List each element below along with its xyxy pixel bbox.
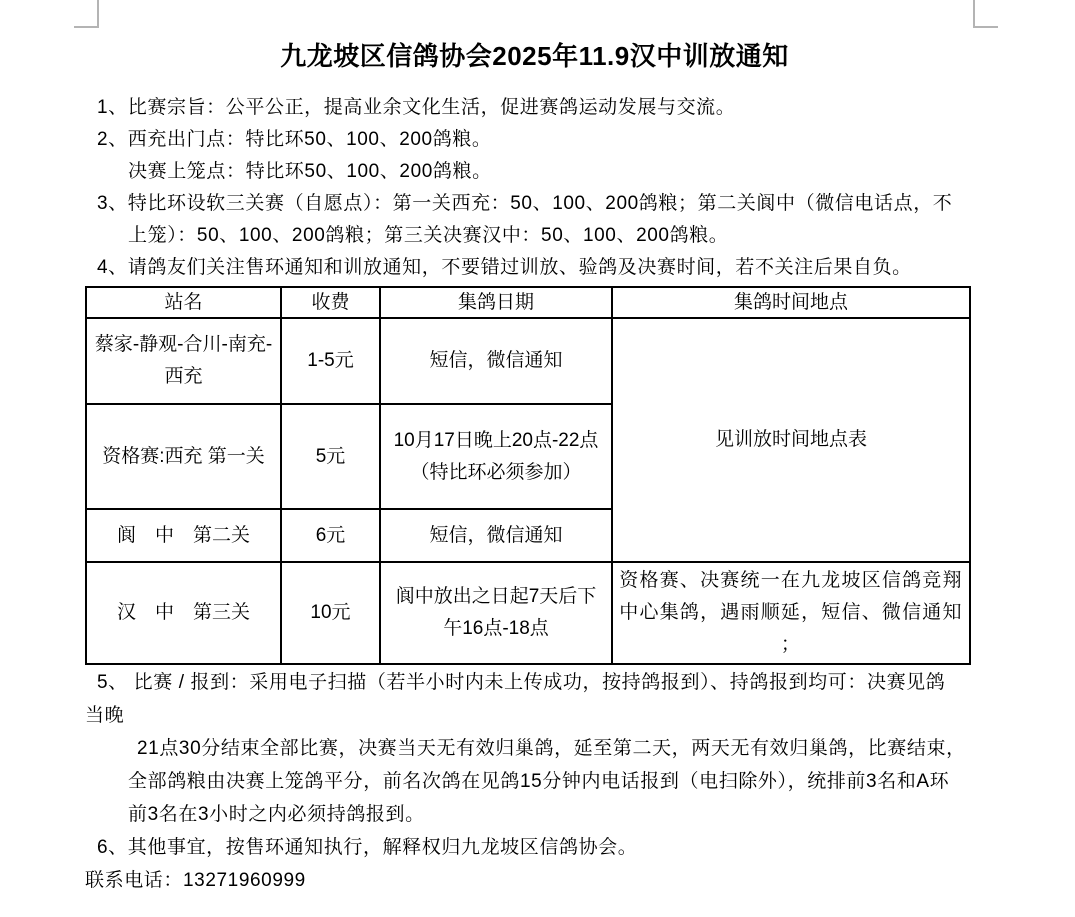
date-cell: 短信，微信通知: [380, 318, 612, 404]
fee-cell: 5元: [281, 404, 380, 509]
col-header-fee: 收费: [281, 287, 380, 318]
col-header-station: 站名: [86, 287, 281, 318]
fee-cell: 1-5元: [281, 318, 380, 404]
notice-line-3: 3、特比环设软三关赛（自愿点）：第一关西充：50、100、200鸽粮；第二关阆中…: [97, 188, 968, 220]
notice-line-5c: 21点30分结束全部比赛，决赛当天无有效归巢鸽，延至第二天，两天无有效归巢鸽，比…: [137, 732, 968, 765]
outro-section: 5、 比赛 / 报到：采用电子扫描（若半小时内未上传成功，按持鸽报到）、持鸽报到…: [85, 666, 968, 897]
table-header-row: 站名 收费 集鸽日期 集鸽时间地点: [86, 287, 970, 318]
notice-line-5: 5、 比赛 / 报到：采用电子扫描（若半小时内未上传成功，按持鸽报到）、持鸽报到…: [97, 666, 968, 699]
station-cell: 阆 中 第二关: [86, 509, 281, 562]
col-header-location: 集鸽时间地点: [612, 287, 970, 318]
date-cell: 阆中放出之日起7天后下 午16点-18点: [380, 562, 612, 664]
station-cell: 汉 中 第三关: [86, 562, 281, 664]
notice-line-6: 6、其他事宜，按售环通知执行，解释权归九龙坡区信鸽协会。: [97, 831, 968, 864]
notice-content: 九龙坡区信鸽协会2025年11.9汉中训放通知 1、比赛宗旨：公平公正，提高业余…: [85, 0, 968, 897]
notice-line-2b: 决赛上笼点：特比环50、100、200鸽粮。: [128, 156, 968, 188]
contact-phone: 联系电话：13271960999: [85, 864, 968, 897]
location-cell-final: 资格赛、决赛统一在九龙坡区信鸽竞翔 中心集鸽，遇雨顺延，短信、微信通知 ；: [612, 562, 970, 664]
col-header-date: 集鸽日期: [380, 287, 612, 318]
station-cell: 资格赛:西充 第一关: [86, 404, 281, 509]
notice-line-1: 1、比赛宗旨：公平公正，提高业余文化生活，促进赛鸽运动发展与交流。: [97, 92, 968, 124]
date-cell: 短信，微信通知: [380, 509, 612, 562]
notice-line-4: 4、请鸽友们关注售环通知和训放通知，不要错过训放、验鸽及决赛时间，若不关注后果自…: [97, 252, 968, 284]
fee-cell: 6元: [281, 509, 380, 562]
notice-line-3b: 上笼）：50、100、200鸽粮；第三关决赛汉中：50、100、200鸽粮。: [128, 220, 968, 252]
station-cell: 蔡家-静观-合川-南充-西充: [86, 318, 281, 404]
fee-cell: 10元: [281, 562, 380, 664]
notice-line-5b: 当晚: [85, 699, 968, 732]
notice-page: 九龙坡区信鸽协会2025年11.9汉中训放通知 1、比赛宗旨：公平公正，提高业余…: [0, 0, 1075, 917]
schedule-table: 站名 收费 集鸽日期 集鸽时间地点 蔡家-静观-合川-南充-西充 1-5元 短信…: [85, 286, 971, 665]
location-cell-merged: 见训放时间地点表: [612, 318, 970, 562]
notice-line-5d: 全部鸽粮由决赛上笼鸽平分，前名次鸽在见鸽15分钟内电话报到（电扫除外），统排前3…: [128, 765, 968, 798]
date-cell: 10月17日晚上20点-22点 （特比环必须参加）: [380, 404, 612, 509]
page-title: 九龙坡区信鸽协会2025年11.9汉中训放通知: [101, 41, 968, 71]
table-row: 汉 中 第三关 10元 阆中放出之日起7天后下 午16点-18点 资格赛、决赛统…: [86, 562, 970, 664]
crop-mark-top-right: [973, 0, 998, 28]
table-row: 蔡家-静观-合川-南充-西充 1-5元 短信，微信通知 见训放时间地点表: [86, 318, 970, 404]
notice-line-2: 2、西充出门点：特比环50、100、200鸽粮。: [97, 124, 968, 156]
notice-line-5e: 前3名在3小时之内必须持鸽报到。: [128, 798, 968, 831]
intro-section: 1、比赛宗旨：公平公正，提高业余文化生活，促进赛鸽运动发展与交流。 2、西充出门…: [85, 92, 968, 284]
